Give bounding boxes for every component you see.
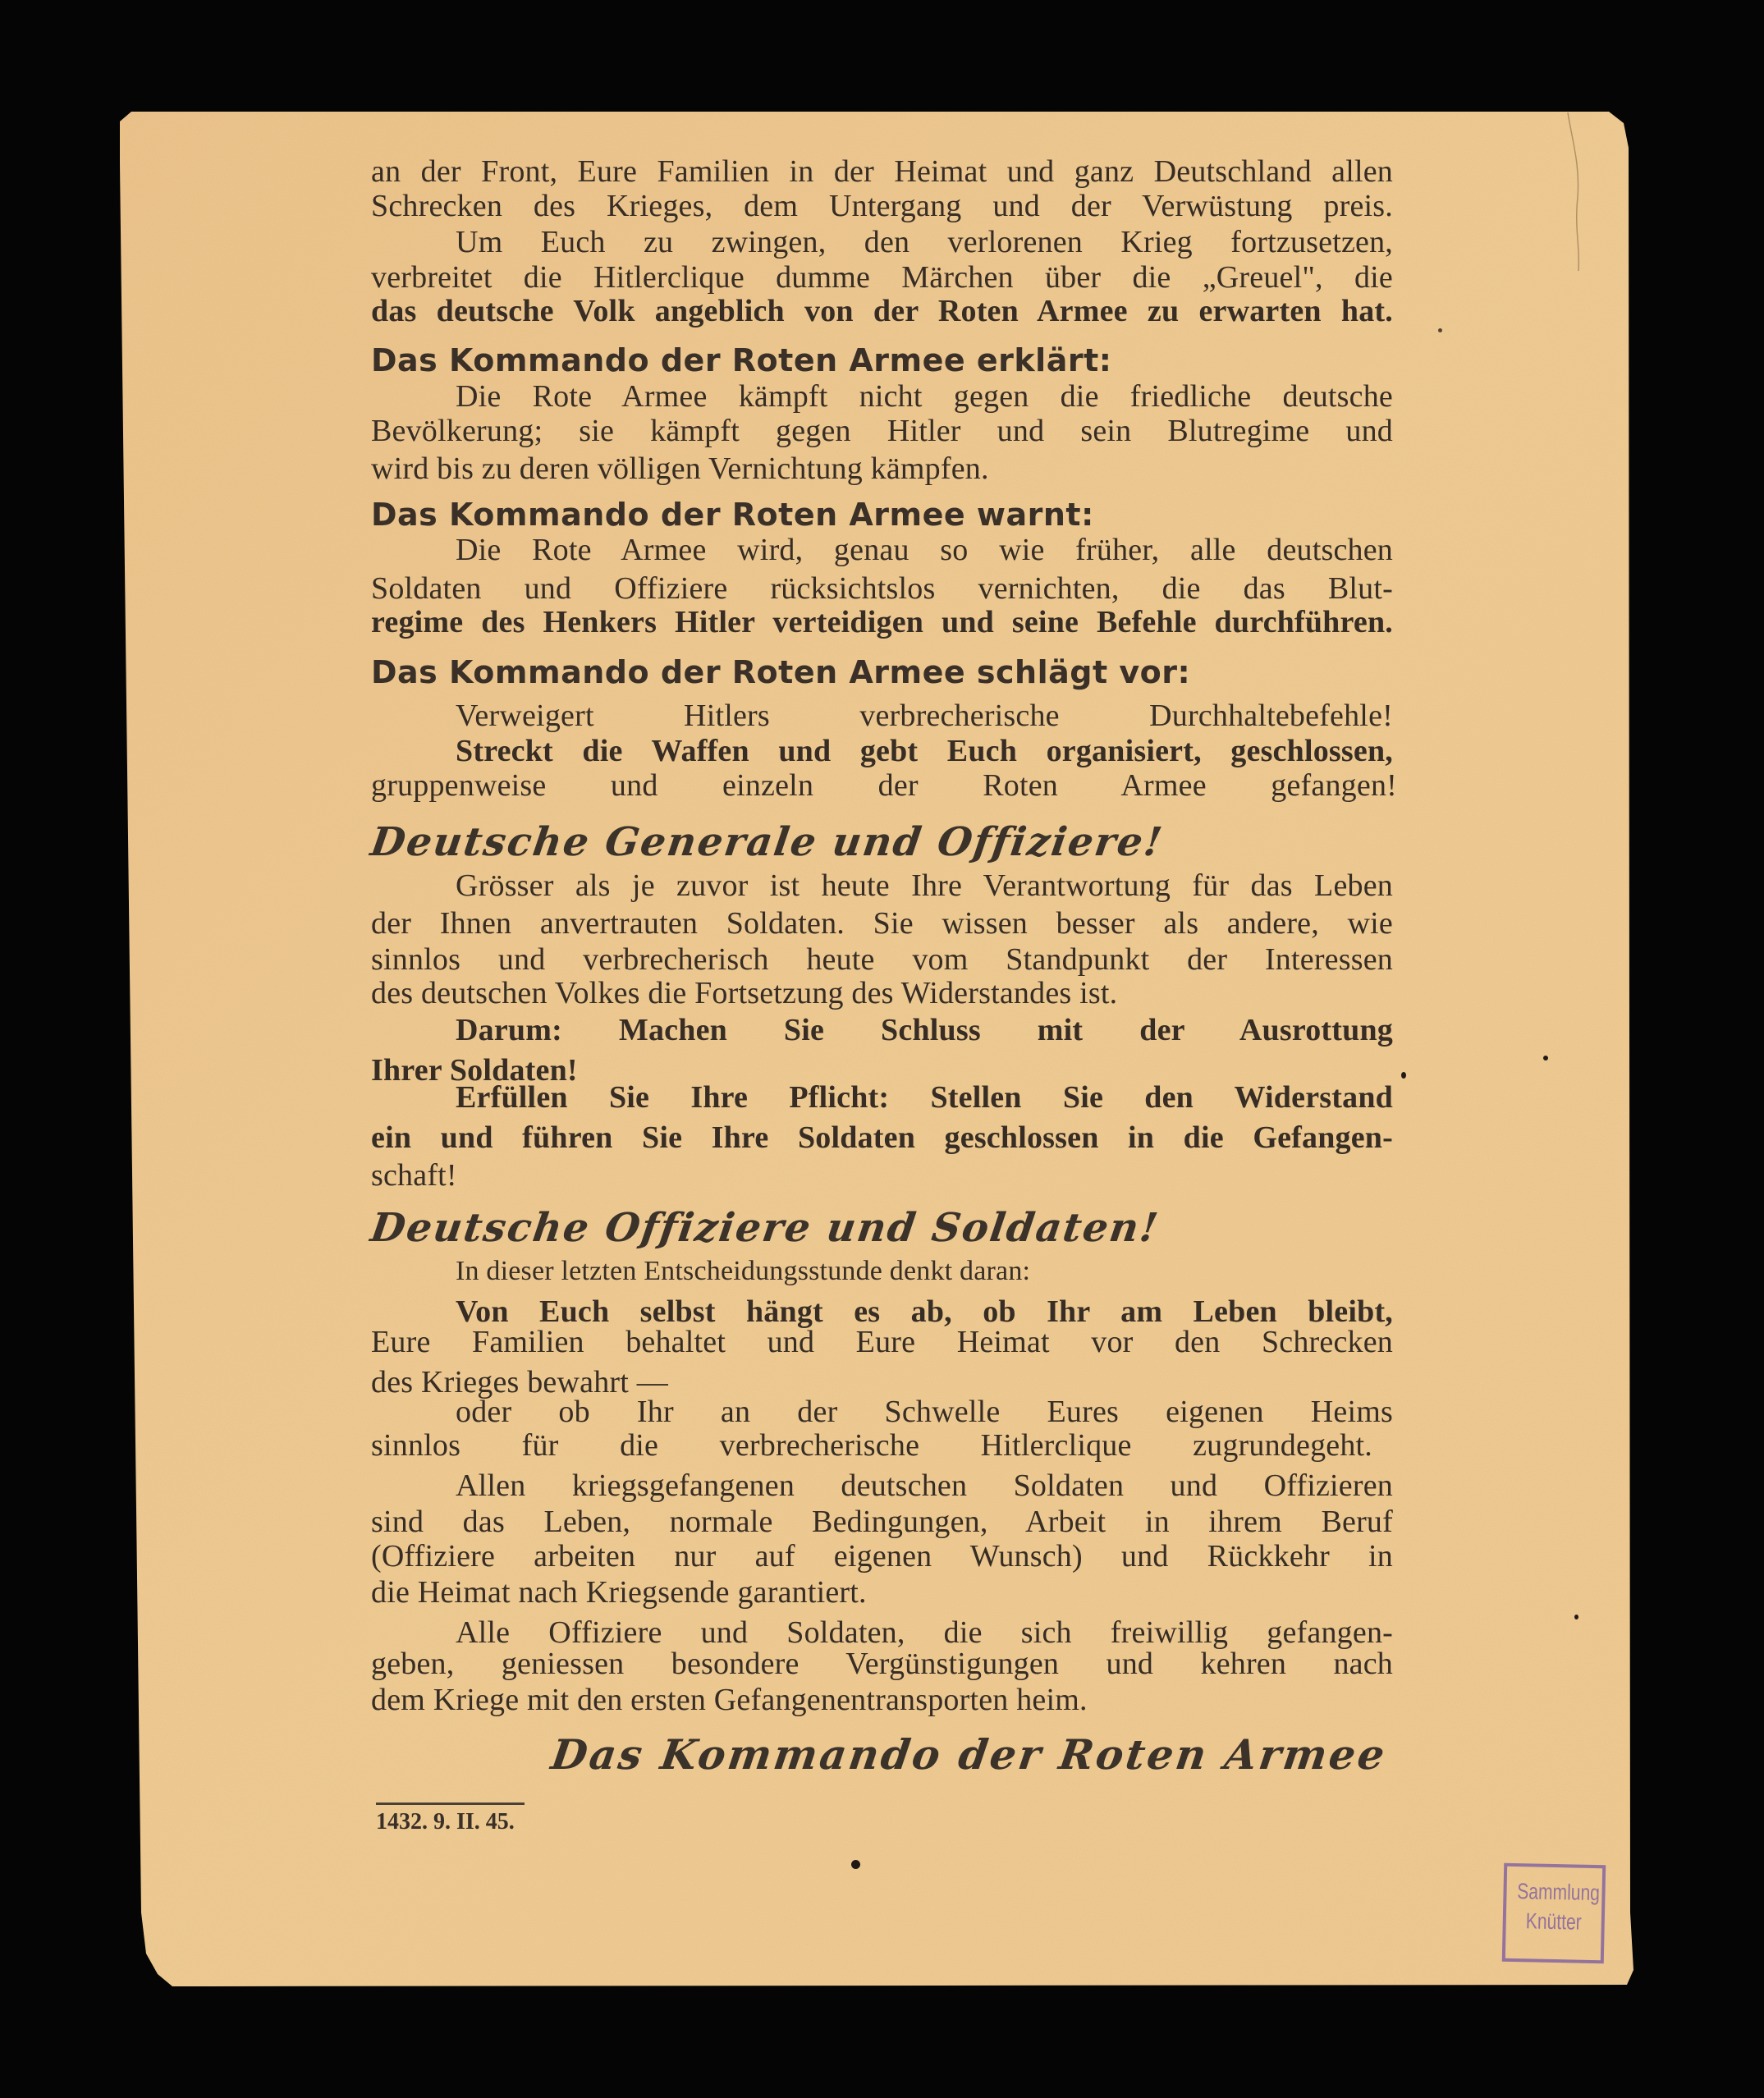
section-1-line-3: wird bis zu deren völligen Vernichtung k… bbox=[371, 450, 1393, 488]
section-heading-schlaegt-vor: Das Kommando der Roten Armee schlägt vor… bbox=[371, 652, 1190, 693]
soldiers-line-5: oder ob Ihr an der Schwelle Eures eigene… bbox=[456, 1393, 1393, 1431]
section-3-line-3: gruppenweise und einzeln der Roten Armee… bbox=[371, 767, 1397, 804]
soldiers-line-3: Eure Familien behaltet und Eure Heimat v… bbox=[371, 1323, 1393, 1361]
intro-line-2: Schrecken des Krieges, dem Untergang und… bbox=[371, 187, 1393, 225]
section-1-line-2: Bevölkerung; sie kämpft gegen Hitler und… bbox=[371, 412, 1393, 450]
ink-dot bbox=[1401, 1072, 1406, 1079]
generals-line-2: der Ihnen anvertrauten Soldaten. Sie wis… bbox=[371, 905, 1393, 942]
section-1-line-1: Die Rote Armee kämpft nicht gegen die fr… bbox=[456, 378, 1393, 415]
stamp-line-2: Knütter bbox=[1516, 1906, 1591, 1937]
generals-line-8: ein und führen Sie Ihre Soldaten geschlo… bbox=[371, 1119, 1393, 1157]
stamp-line-1: Sammlung bbox=[1517, 1876, 1592, 1908]
soldiers-heading: Deutsche Offiziere und Soldaten! bbox=[368, 1203, 1162, 1253]
generals-line-5: Darum: Machen Sie Schluss mit der Ausrot… bbox=[456, 1011, 1393, 1049]
soldiers-line-7: Allen kriegsgefangenen deutschen Soldate… bbox=[456, 1467, 1393, 1505]
section-2-line-2: Soldaten und Offiziere rücksichtslos ver… bbox=[371, 570, 1393, 607]
section-2-line-3: regime des Henkers Hitler verteidigen un… bbox=[371, 603, 1393, 641]
section-3-line-2: Streckt die Waffen und gebt Euch organis… bbox=[456, 732, 1393, 770]
ink-dot bbox=[1543, 1056, 1548, 1060]
print-code: 1432. 9. II. 45. bbox=[376, 1803, 525, 1836]
ink-dot bbox=[1438, 328, 1442, 332]
soldiers-line-6: sinnlos für die verbrecherische Hitlercl… bbox=[371, 1427, 1372, 1464]
soldiers-line-13: dem Kriege mit den ersten Gefangenentran… bbox=[371, 1681, 1393, 1719]
leaflet-document: an der Front, Eure Familien in der Heima… bbox=[0, 0, 1764, 2098]
generals-line-1: Grösser als je zuvor ist heute Ihre Vera… bbox=[456, 867, 1393, 905]
soldiers-line-12: geben, geniessen besondere Vergünstigung… bbox=[371, 1645, 1393, 1683]
collection-stamp: Sammlung Knütter bbox=[1502, 1863, 1606, 1964]
section-3-line-1: Verweigert Hitlers verbrecherische Durch… bbox=[456, 697, 1393, 735]
soldiers-line-10: die Heimat nach Kriegsende garantiert. bbox=[371, 1573, 1393, 1611]
intro-line-5: das deutsche Volk angeblich von der Rote… bbox=[371, 292, 1393, 330]
signature: Das Kommando der Roten Armee bbox=[548, 1730, 1390, 1780]
intro-line-3: Um Euch zu zwingen, den verlorenen Krieg… bbox=[456, 223, 1393, 261]
generals-heading: Deutsche Generale und Offiziere! bbox=[368, 818, 1166, 867]
soldiers-line-1: In dieser letzten Entscheidungsstunde de… bbox=[456, 1253, 1393, 1290]
section-2-line-1: Die Rote Armee wird, genau so wie früher… bbox=[456, 531, 1393, 569]
soldiers-line-9: (Offiziere arbeiten nur auf eigenen Wuns… bbox=[371, 1537, 1393, 1575]
section-heading-warnt: Das Kommando der Roten Armee warnt: bbox=[371, 494, 1094, 535]
generals-line-4: des deutschen Volkes die Fortsetzung des… bbox=[371, 974, 1393, 1012]
ink-dot bbox=[851, 1860, 860, 1869]
intro-line-4: verbreitet die Hitlerclique dumme Märche… bbox=[371, 259, 1393, 296]
generals-line-9: schaft! bbox=[371, 1157, 1393, 1194]
generals-line-7: Erfüllen Sie Ihre Pflicht: Stellen Sie d… bbox=[456, 1079, 1393, 1116]
ink-dot bbox=[1574, 1615, 1578, 1619]
intro-line-1: an der Front, Eure Familien in der Heima… bbox=[371, 153, 1393, 190]
generals-line-3: sinnlos und verbrecherisch heute vom Sta… bbox=[371, 941, 1393, 978]
soldiers-line-8: sind das Leben, normale Bedingungen, Arb… bbox=[371, 1503, 1393, 1541]
section-heading-erklaert: Das Kommando der Roten Armee erklärt: bbox=[371, 340, 1111, 381]
